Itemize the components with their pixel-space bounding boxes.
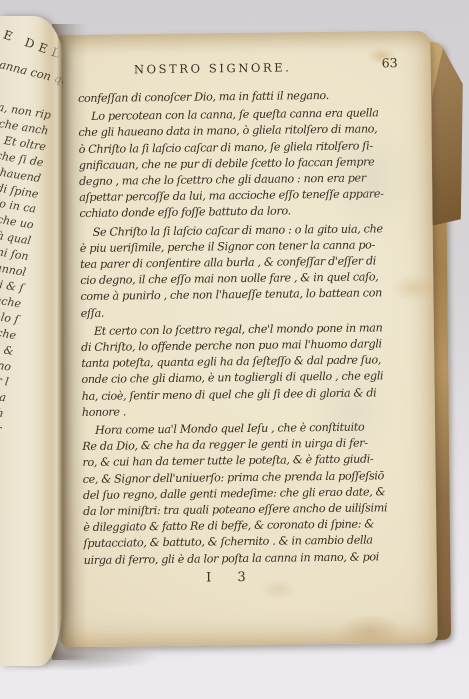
verso-page-curl: E DEL canna con quel n parla, non ripeſt…: [0, 16, 63, 666]
running-header-row: NOSTRO SIGNORE. 63: [78, 56, 364, 76]
page-body-text: confeſſan di conoſcer Dio, ma in fatti i…: [78, 88, 370, 569]
recto-text-block: NOSTRO SIGNORE. 63 confeſſan di conoſcer…: [54, 55, 437, 587]
text-line: cchiato donde eſſo foſſe battuto da loro…: [79, 203, 365, 223]
running-header: NOSTRO SIGNORE.: [134, 60, 292, 76]
verso-running-header-fragment: E DEL: [2, 27, 63, 62]
recto-page: NOSTRO SIGNORE. 63 confeſſan di conoſcer…: [53, 31, 437, 648]
verso-text-fragments: n parla, non ripeſto perche anchagani, E…: [0, 91, 52, 532]
page-number: 63: [382, 55, 398, 70]
text-line: confeſſan di conoſcer Dio, ma in fatti i…: [78, 88, 364, 108]
signature-mark: I 3: [84, 568, 370, 586]
text-line: honore .: [82, 401, 368, 421]
verso-first-line-fragment: canna con quel: [0, 56, 63, 91]
text-line: uirga di ferro, gli è da lor poſta la ca…: [84, 549, 370, 569]
photo-backdrop: NOSTRO SIGNORE. 63 confeſſan di conoſcer…: [0, 0, 469, 699]
